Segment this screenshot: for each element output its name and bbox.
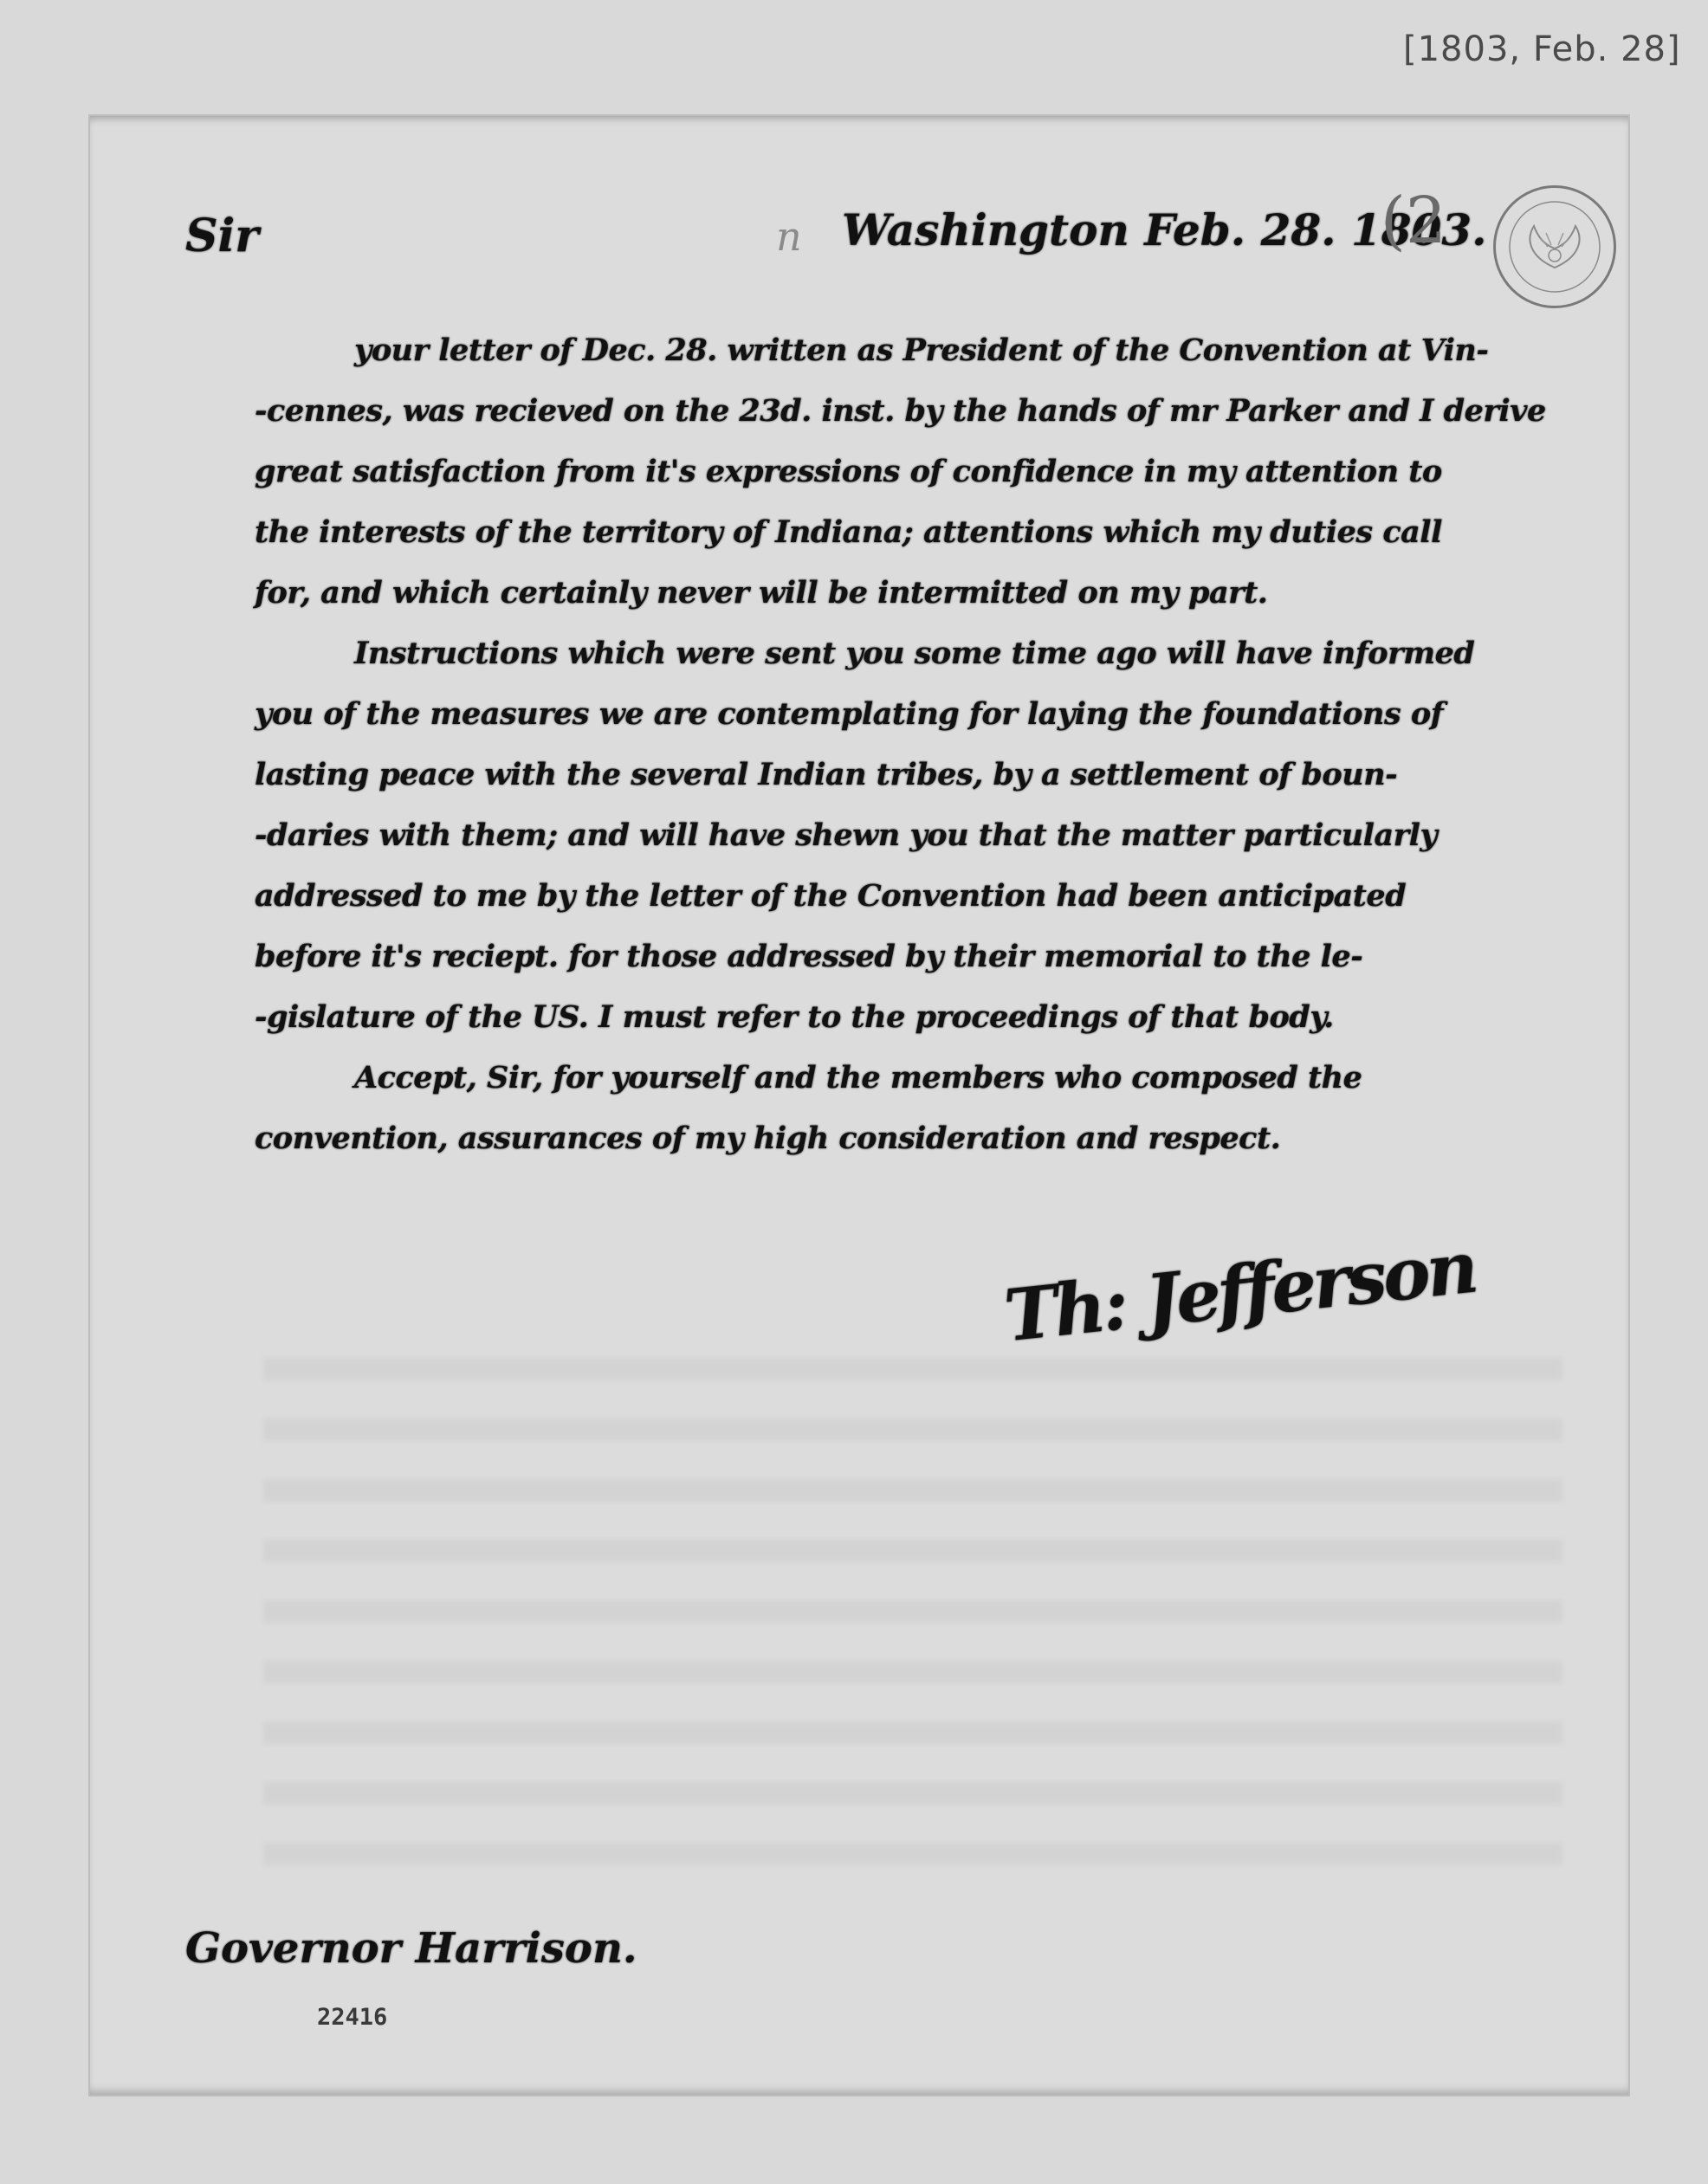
addressee: Governor Harrison.: [185, 1924, 637, 1973]
body-line: you of the measures we are contemplating…: [255, 696, 1588, 757]
body-line: before it's reciept. for those addressed…: [255, 939, 1588, 999]
catalog-number: 22416: [317, 2004, 387, 2031]
letter-body: your letter of Dec. 28. written as Presi…: [255, 333, 1588, 1181]
body-line: lasting peace with the several Indian tr…: [255, 757, 1588, 817]
body-line: great satisfaction from it's expressions…: [255, 454, 1588, 514]
folio-number: (2: [1381, 184, 1446, 258]
body-line: Instructions which were sent you some ti…: [255, 636, 1588, 696]
body-line: convention, assurances of my high consid…: [255, 1121, 1588, 1181]
manuscript-page: Sir n Washington Feb. 28. 1803. (2 your …: [88, 114, 1630, 2097]
body-line: -gislature of the US. I must refer to th…: [255, 999, 1588, 1060]
pencil-mark: n: [776, 213, 802, 260]
salutation: Sir: [185, 210, 259, 262]
body-line: Accept, Sir, for yourself and the member…: [255, 1060, 1588, 1121]
body-line: for, and which certainly never will be i…: [255, 575, 1588, 636]
body-line: -cennes, was recieved on the 23d. inst. …: [255, 393, 1588, 454]
body-line: your letter of Dec. 28. written as Presi…: [255, 333, 1588, 393]
body-line: addressed to me by the letter of the Con…: [255, 878, 1588, 939]
archive-date-annotation: [1803, Feb. 28]: [1403, 29, 1681, 69]
show-through-text: [263, 1320, 1562, 1874]
body-line: -daries with them; and will have shewn y…: [255, 817, 1588, 878]
library-of-congress-stamp-icon: [1493, 185, 1616, 308]
body-line: the interests of the territory of Indian…: [255, 514, 1588, 575]
